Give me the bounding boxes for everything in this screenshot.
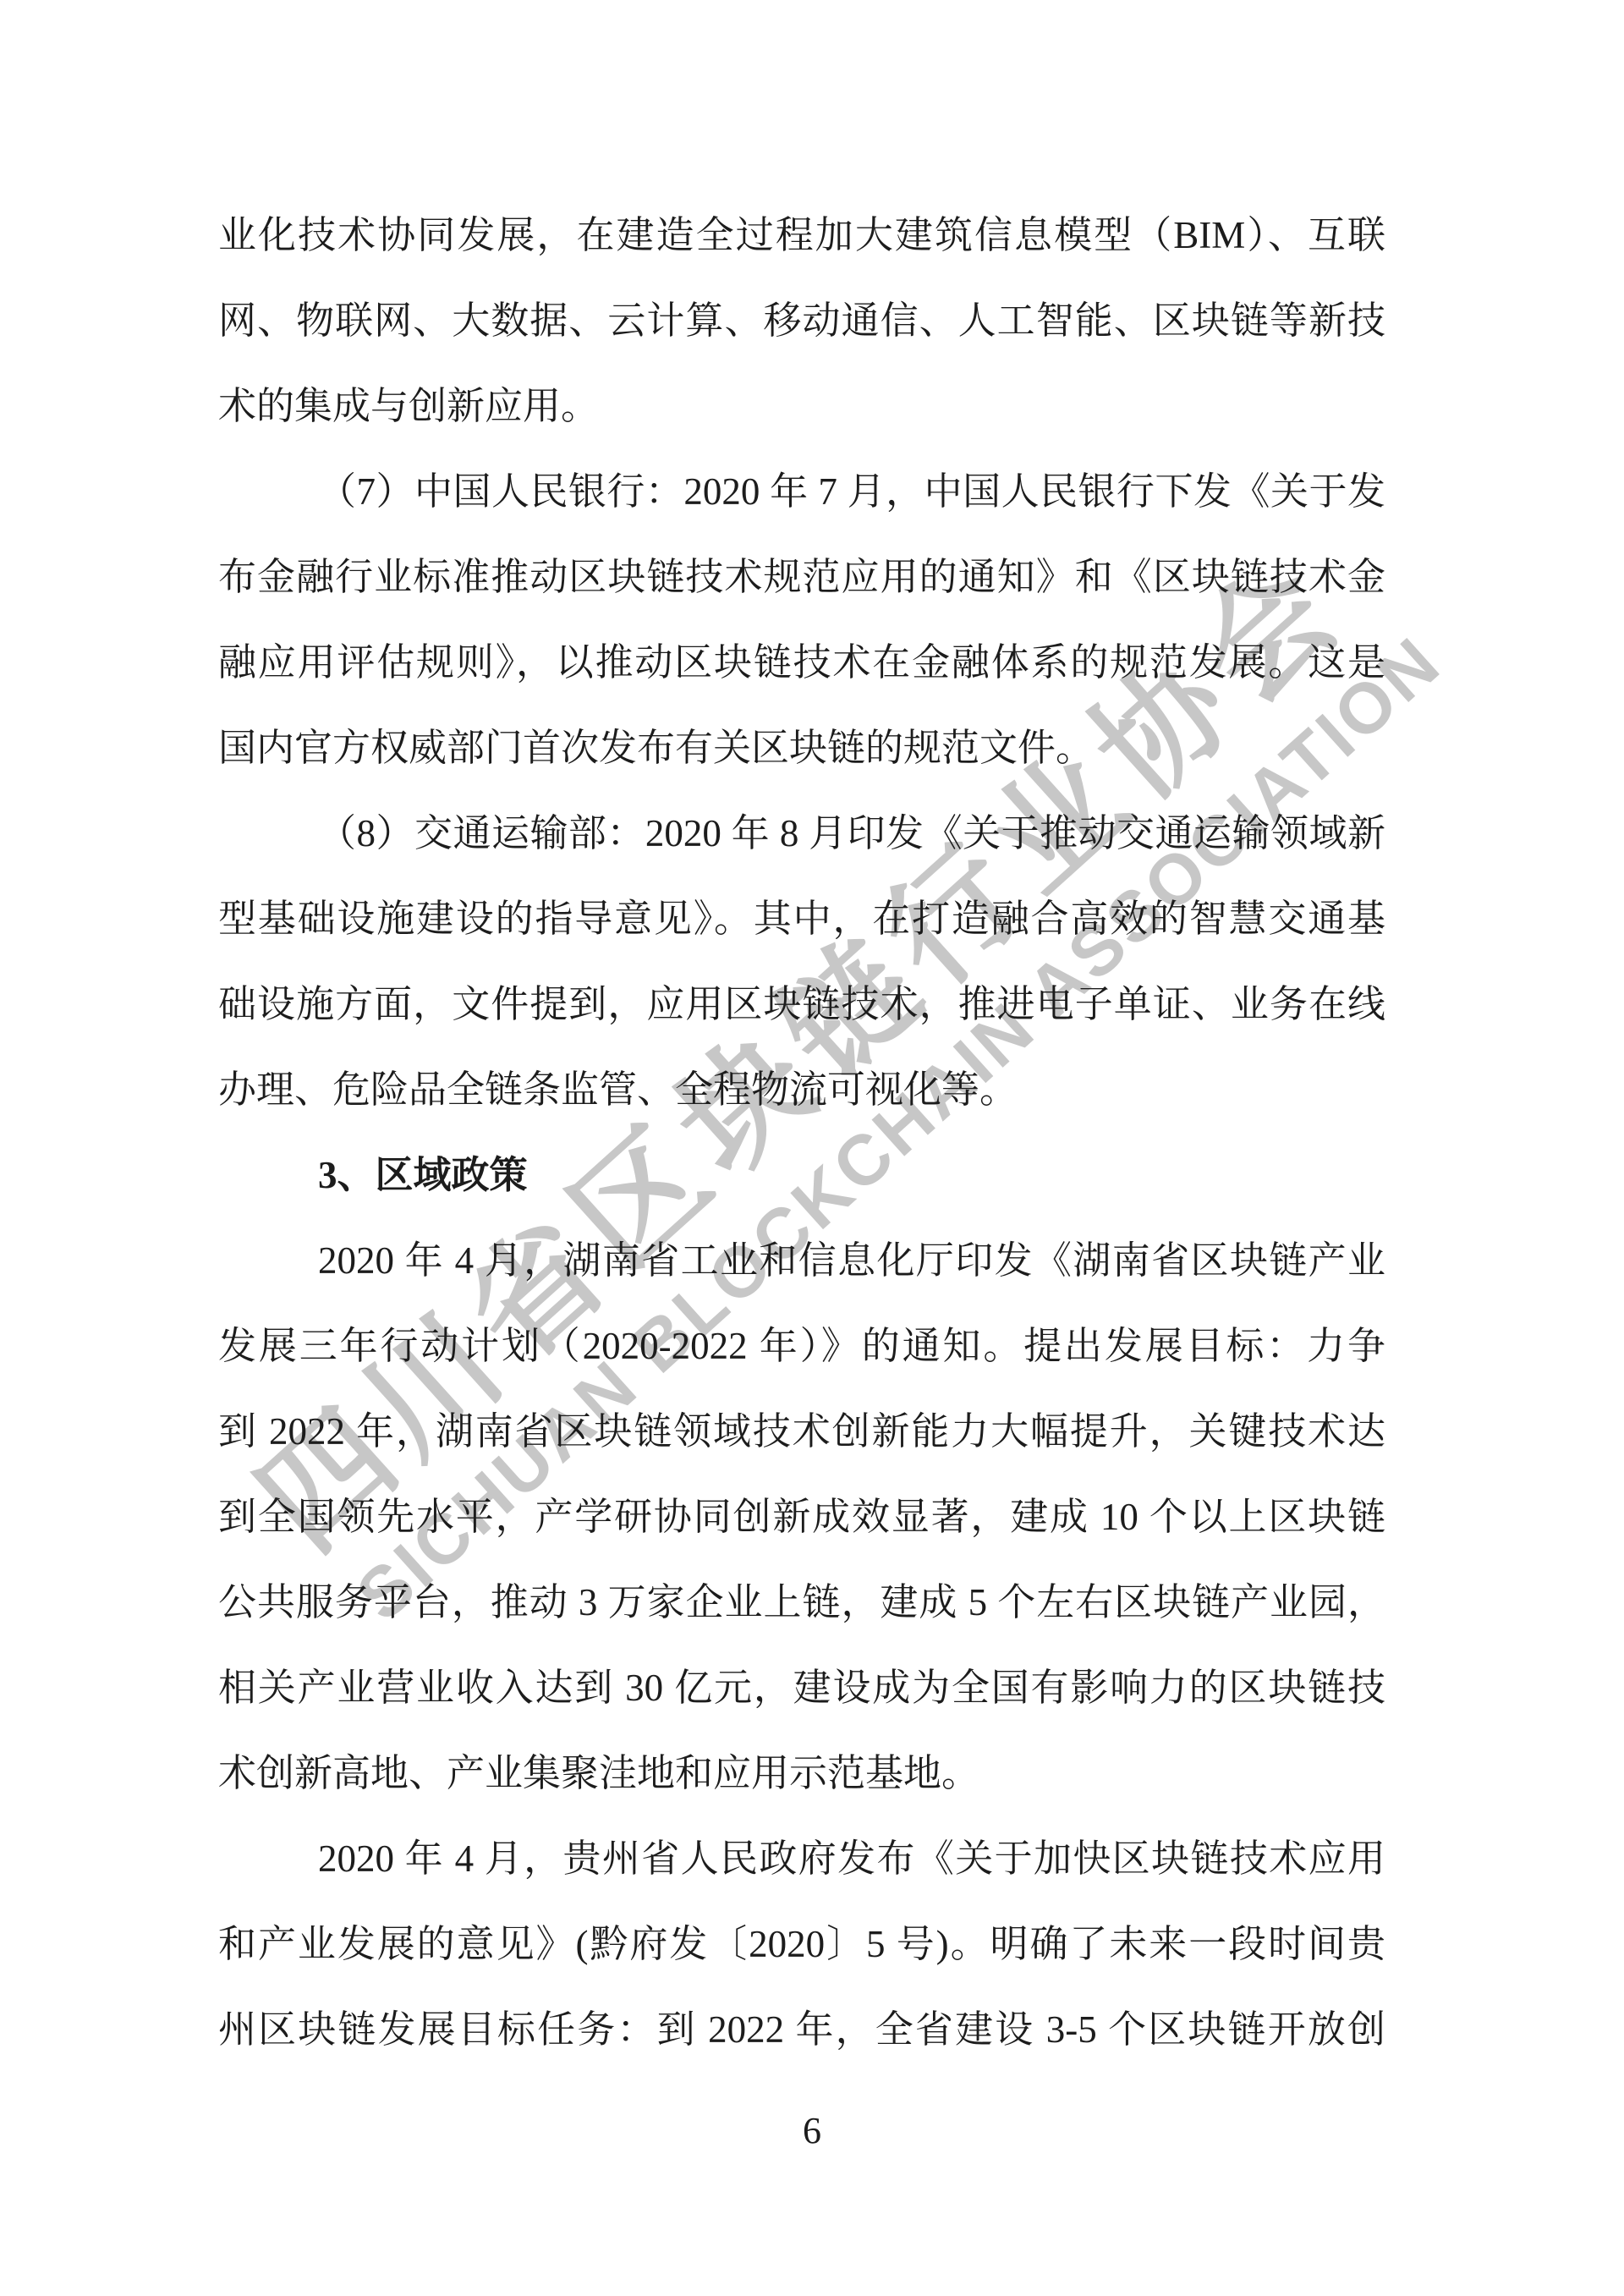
section-heading: 3、区域政策 xyxy=(218,1133,1385,1218)
text-line: 发展三年行动计划（2020-2022 年）》的通知。提出发展目标：力争 xyxy=(218,1304,1385,1389)
text-line: 术创新高地、产业集聚洼地和应用示范基地。 xyxy=(218,1731,1385,1816)
text-line: 业化技术协同发展，在建造全过程加大建筑信息模型（BIM）、互联 xyxy=(218,193,1385,278)
page-number: 6 xyxy=(0,2110,1624,2152)
document-body: 业化技术协同发展，在建造全过程加大建筑信息模型（BIM）、互联网、物联网、大数据… xyxy=(218,193,1385,2073)
text-line: （7）中国人民银行：2020 年 7 月，中国人民银行下发《关于发 xyxy=(218,449,1385,535)
text-line: 融应用评估规则》，以推动区块链技术在金融体系的规范发展。这是 xyxy=(218,620,1385,706)
text-line: 础设施方面，文件提到，应用区块链技术，推进电子单证、业务在线 xyxy=(218,962,1385,1047)
text-line: 型基础设施建设的指导意见》。其中，在打造融合高效的智慧交通基 xyxy=(218,876,1385,962)
text-line: 到 2022 年，湖南省区块链领域技术创新能力大幅提升，关键技术达 xyxy=(218,1389,1385,1475)
text-line: 网、物联网、大数据、云计算、移动通信、人工智能、区块链等新技 xyxy=(218,278,1385,364)
text-line: 州区块链发展目标任务：到 2022 年，全省建设 3-5 个区块链开放创 xyxy=(218,1987,1385,2073)
text-line: 国内官方权威部门首次发布有关区块链的规范文件。 xyxy=(218,706,1385,791)
text-line: 和产业发展的意见》(黔府发〔2020〕5 号)。明确了未来一段时间贵 xyxy=(218,1902,1385,1987)
text-line: 到全国领先水平，产学研协同创新成效显著，建成 10 个以上区块链 xyxy=(218,1475,1385,1560)
text-line: 公共服务平台，推动 3 万家企业上链，建成 5 个左右区块链产业园， xyxy=(218,1560,1385,1645)
document-page: 四川省区块链行业协会 SICHUAN BLOCKCHAIN ASSOCIATIO… xyxy=(0,0,1624,2296)
text-line: （8）交通运输部：2020 年 8 月印发《关于推动交通运输领域新 xyxy=(218,791,1385,876)
text-line: 相关产业营业收入达到 30 亿元，建设成为全国有影响力的区块链技 xyxy=(218,1645,1385,1731)
text-line: 办理、危险品全链条监管、全程物流可视化等。 xyxy=(218,1047,1385,1133)
text-line: 2020 年 4 月，湖南省工业和信息化厅印发《湖南省区块链产业 xyxy=(218,1218,1385,1304)
text-line: 术的集成与创新应用。 xyxy=(218,364,1385,449)
text-line: 布金融行业标准推动区块链技术规范应用的通知》和《区块链技术金 xyxy=(218,535,1385,620)
text-line: 2020 年 4 月，贵州省人民政府发布《关于加快区块链技术应用 xyxy=(218,1816,1385,1902)
